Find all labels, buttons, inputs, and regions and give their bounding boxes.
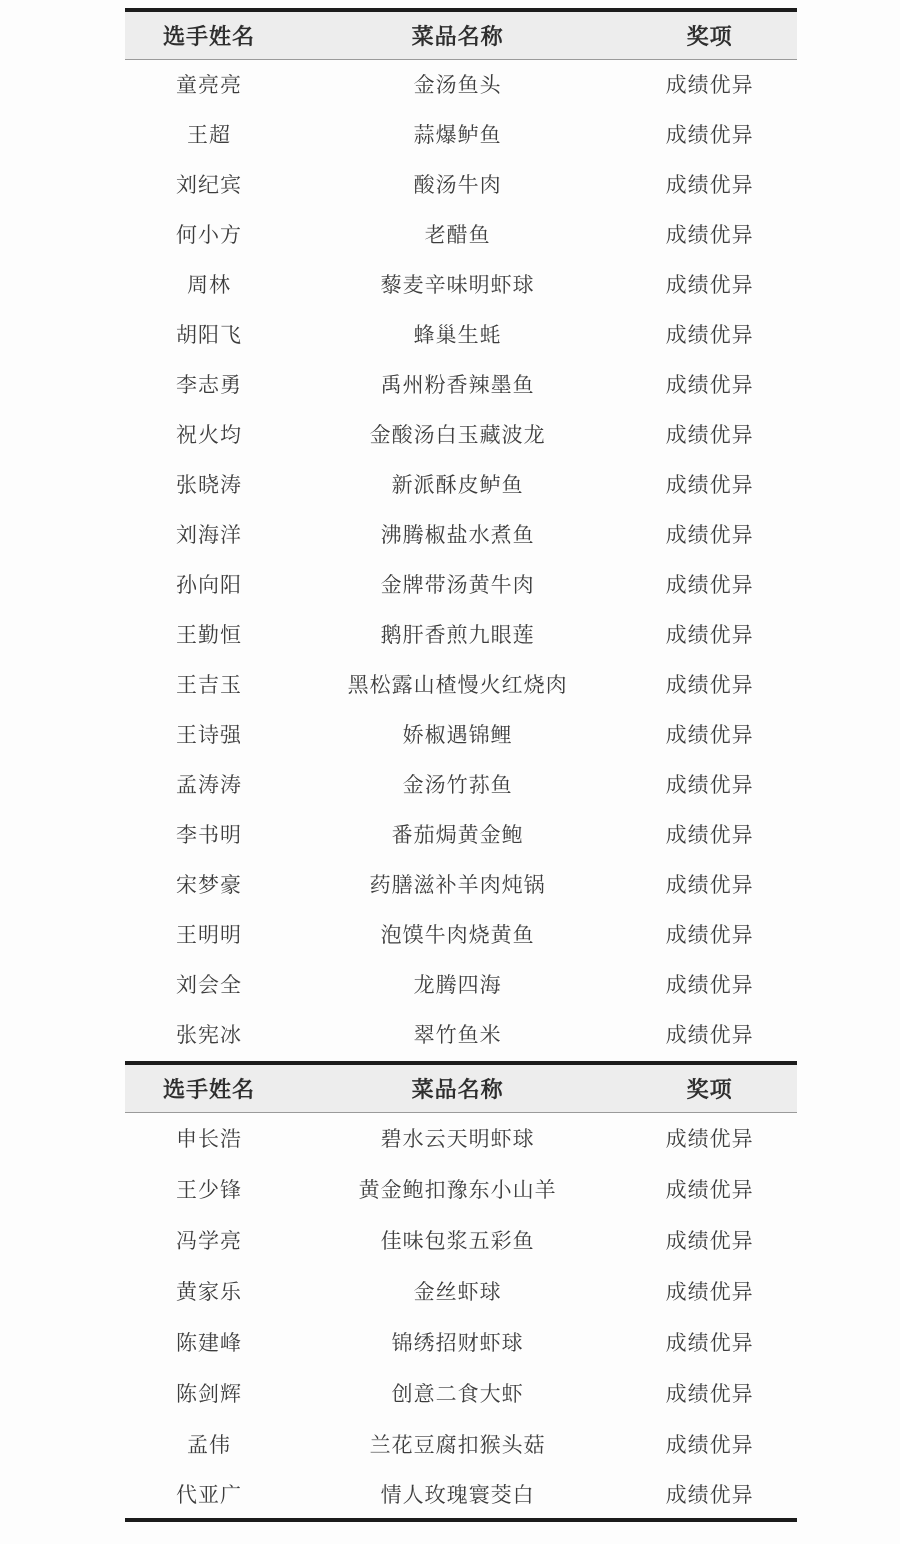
- table-header-row: 选手姓名菜品名称奖项: [125, 10, 797, 59]
- dish-name-cell: 金汤竹荪鱼: [293, 759, 622, 809]
- table-row: 周林藜麦辛味明虾球成绩优异: [125, 259, 797, 309]
- dish-name-cell: 鹅肝香煎九眼莲: [293, 609, 622, 659]
- dish-name-cell: 泡馍牛肉烧黄鱼: [293, 909, 622, 959]
- table-row: 申长浩碧水云天明虾球成绩优异: [125, 1112, 797, 1163]
- table-row: 李书明番茄焗黄金鲍成绩优异: [125, 809, 797, 859]
- dish-name-header: 菜品名称: [293, 10, 622, 59]
- player-name-cell: 王超: [125, 109, 293, 159]
- player-name-cell: 陈建峰: [125, 1316, 293, 1367]
- player-name-cell: 陈剑辉: [125, 1367, 293, 1418]
- dish-name-cell: 黑松露山楂慢火红烧肉: [293, 659, 622, 709]
- award-cell: 成绩优异: [622, 1009, 797, 1059]
- header-row: 选手姓名菜品名称奖项: [125, 1063, 797, 1112]
- table-row: 刘会全龙腾四海成绩优异: [125, 959, 797, 1009]
- table-row: 王超蒜爆鲈鱼成绩优异: [125, 109, 797, 159]
- player-name-cell: 冯学亮: [125, 1214, 293, 1265]
- table-row: 陈剑辉创意二食大虾成绩优异: [125, 1367, 797, 1418]
- player-name-cell: 童亮亮: [125, 59, 293, 109]
- table-row: 王勤恒鹅肝香煎九眼莲成绩优异: [125, 609, 797, 659]
- award-cell: 成绩优异: [622, 1112, 797, 1163]
- award-cell: 成绩优异: [622, 759, 797, 809]
- table-row: 陈建峰锦绣招财虾球成绩优异: [125, 1316, 797, 1367]
- dish-name-header: 菜品名称: [293, 1063, 622, 1112]
- dish-name-cell: 佳味包浆五彩鱼: [293, 1214, 622, 1265]
- award-cell: 成绩优异: [622, 509, 797, 559]
- player-name-cell: 王少锋: [125, 1163, 293, 1214]
- player-name-cell: 李书明: [125, 809, 293, 859]
- table-row: 张晓涛新派酥皮鲈鱼成绩优异: [125, 459, 797, 509]
- dish-name-cell: 老醋鱼: [293, 209, 622, 259]
- player-name-header: 选手姓名: [125, 10, 293, 59]
- award-cell: 成绩优异: [622, 159, 797, 209]
- dish-name-cell: 金牌带汤黄牛肉: [293, 559, 622, 609]
- dish-name-cell: 金汤鱼头: [293, 59, 622, 109]
- award-cell: 成绩优异: [622, 359, 797, 409]
- table-row: 王少锋黄金鲍扣豫东小山羊成绩优异: [125, 1163, 797, 1214]
- table-row: 代亚广情人玫瑰寰茭白成绩优异: [125, 1469, 797, 1520]
- award-cell: 成绩优异: [622, 709, 797, 759]
- table-row: 宋梦豪药膳滋补羊肉炖锅成绩优异: [125, 859, 797, 909]
- dish-name-cell: 翠竹鱼米: [293, 1009, 622, 1059]
- table-row: 黄家乐金丝虾球成绩优异: [125, 1265, 797, 1316]
- table-row: 孟涛涛金汤竹荪鱼成绩优异: [125, 759, 797, 809]
- dish-name-cell: 兰花豆腐扣猴头菇: [293, 1418, 622, 1469]
- award-cell: 成绩优异: [622, 909, 797, 959]
- award-header: 奖项: [622, 10, 797, 59]
- award-header: 奖项: [622, 1063, 797, 1112]
- player-name-cell: 黄家乐: [125, 1265, 293, 1316]
- player-name-cell: 周林: [125, 259, 293, 309]
- dish-name-cell: 蒜爆鲈鱼: [293, 109, 622, 159]
- dish-name-cell: 酸汤牛肉: [293, 159, 622, 209]
- award-cell: 成绩优异: [622, 809, 797, 859]
- player-name-cell: 代亚广: [125, 1469, 293, 1520]
- player-name-cell: 孟伟: [125, 1418, 293, 1469]
- player-name-cell: 王诗强: [125, 709, 293, 759]
- player-name-cell: 张宪冰: [125, 1009, 293, 1059]
- player-name-cell: 何小方: [125, 209, 293, 259]
- award-cell: 成绩优异: [622, 209, 797, 259]
- dish-name-cell: 创意二食大虾: [293, 1367, 622, 1418]
- dish-name-cell: 蜂巢生蚝: [293, 309, 622, 359]
- award-cell: 成绩优异: [622, 259, 797, 309]
- award-cell: 成绩优异: [622, 1163, 797, 1214]
- award-cell: 成绩优异: [622, 59, 797, 109]
- award-cell: 成绩优异: [622, 1418, 797, 1469]
- player-name-cell: 李志勇: [125, 359, 293, 409]
- table-body: 童亮亮金汤鱼头成绩优异王超蒜爆鲈鱼成绩优异刘纪宾酸汤牛肉成绩优异何小方老醋鱼成绩…: [125, 59, 797, 1059]
- award-cell: 成绩优异: [622, 659, 797, 709]
- table-body: 申长浩碧水云天明虾球成绩优异王少锋黄金鲍扣豫东小山羊成绩优异冯学亮佳味包浆五彩鱼…: [125, 1112, 797, 1520]
- table-row: 刘海洋沸腾椒盐水煮鱼成绩优异: [125, 509, 797, 559]
- dish-name-cell: 金酸汤白玉藏波龙: [293, 409, 622, 459]
- award-cell: 成绩优异: [622, 1367, 797, 1418]
- award-cell: 成绩优异: [622, 1316, 797, 1367]
- table-row: 王明明泡馍牛肉烧黄鱼成绩优异: [125, 909, 797, 959]
- award-cell: 成绩优异: [622, 859, 797, 909]
- dish-name-cell: 娇椒遇锦鲤: [293, 709, 622, 759]
- player-name-cell: 张晓涛: [125, 459, 293, 509]
- page: 选手姓名菜品名称奖项 童亮亮金汤鱼头成绩优异王超蒜爆鲈鱼成绩优异刘纪宾酸汤牛肉成…: [0, 0, 900, 1544]
- award-cell: 成绩优异: [622, 309, 797, 359]
- player-name-cell: 刘纪宾: [125, 159, 293, 209]
- player-name-cell: 胡阳飞: [125, 309, 293, 359]
- table-row: 王吉玉黑松露山楂慢火红烧肉成绩优异: [125, 659, 797, 709]
- awards-table-1: 选手姓名菜品名称奖项 童亮亮金汤鱼头成绩优异王超蒜爆鲈鱼成绩优异刘纪宾酸汤牛肉成…: [125, 8, 797, 1059]
- header-row: 选手姓名菜品名称奖项: [125, 10, 797, 59]
- table-row: 王诗强娇椒遇锦鲤成绩优异: [125, 709, 797, 759]
- award-cell: 成绩优异: [622, 109, 797, 159]
- award-cell: 成绩优异: [622, 1214, 797, 1265]
- award-cell: 成绩优异: [622, 609, 797, 659]
- player-name-cell: 王明明: [125, 909, 293, 959]
- player-name-cell: 刘海洋: [125, 509, 293, 559]
- player-name-cell: 王勤恒: [125, 609, 293, 659]
- award-cell: 成绩优异: [622, 409, 797, 459]
- table-row: 胡阳飞蜂巢生蚝成绩优异: [125, 309, 797, 359]
- dish-name-cell: 情人玫瑰寰茭白: [293, 1469, 622, 1520]
- table-row: 祝火均金酸汤白玉藏波龙成绩优异: [125, 409, 797, 459]
- award-cell: 成绩优异: [622, 959, 797, 1009]
- awards-table-2: 选手姓名菜品名称奖项 申长浩碧水云天明虾球成绩优异王少锋黄金鲍扣豫东小山羊成绩优…: [125, 1061, 797, 1522]
- table-row: 童亮亮金汤鱼头成绩优异: [125, 59, 797, 109]
- dish-name-cell: 金丝虾球: [293, 1265, 622, 1316]
- award-cell: 成绩优异: [622, 459, 797, 509]
- player-name-cell: 孟涛涛: [125, 759, 293, 809]
- dish-name-cell: 药膳滋补羊肉炖锅: [293, 859, 622, 909]
- dish-name-cell: 禹州粉香辣墨鱼: [293, 359, 622, 409]
- table-row: 何小方老醋鱼成绩优异: [125, 209, 797, 259]
- dish-name-cell: 黄金鲍扣豫东小山羊: [293, 1163, 622, 1214]
- table-row: 孙向阳金牌带汤黄牛肉成绩优异: [125, 559, 797, 609]
- table-row: 李志勇禹州粉香辣墨鱼成绩优异: [125, 359, 797, 409]
- player-name-cell: 王吉玉: [125, 659, 293, 709]
- table-row: 冯学亮佳味包浆五彩鱼成绩优异: [125, 1214, 797, 1265]
- player-name-cell: 祝火均: [125, 409, 293, 459]
- player-name-cell: 刘会全: [125, 959, 293, 1009]
- player-name-cell: 宋梦豪: [125, 859, 293, 909]
- dish-name-cell: 沸腾椒盐水煮鱼: [293, 509, 622, 559]
- dish-name-cell: 番茄焗黄金鲍: [293, 809, 622, 859]
- table-header-row: 选手姓名菜品名称奖项: [125, 1063, 797, 1112]
- award-cell: 成绩优异: [622, 1469, 797, 1520]
- table-row: 孟伟兰花豆腐扣猴头菇成绩优异: [125, 1418, 797, 1469]
- player-name-cell: 申长浩: [125, 1112, 293, 1163]
- dish-name-cell: 龙腾四海: [293, 959, 622, 1009]
- player-name-header: 选手姓名: [125, 1063, 293, 1112]
- table-row: 刘纪宾酸汤牛肉成绩优异: [125, 159, 797, 209]
- dish-name-cell: 锦绣招财虾球: [293, 1316, 622, 1367]
- dish-name-cell: 碧水云天明虾球: [293, 1112, 622, 1163]
- award-cell: 成绩优异: [622, 1265, 797, 1316]
- player-name-cell: 孙向阳: [125, 559, 293, 609]
- table-row: 张宪冰翠竹鱼米成绩优异: [125, 1009, 797, 1059]
- award-cell: 成绩优异: [622, 559, 797, 609]
- dish-name-cell: 新派酥皮鲈鱼: [293, 459, 622, 509]
- dish-name-cell: 藜麦辛味明虾球: [293, 259, 622, 309]
